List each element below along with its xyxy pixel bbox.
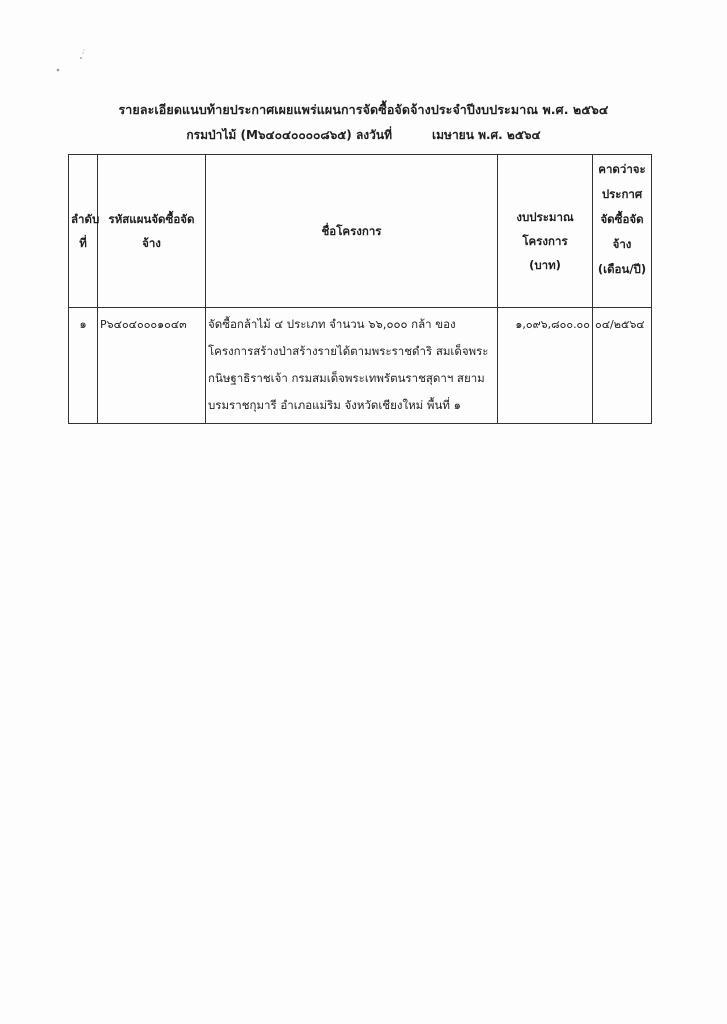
subtitle-department: กรมป่าไม้ (M๖๔๐๔๐๐๐๐๘๖๕) ลงวันที่ <box>186 128 392 142</box>
header-announce-date: คาดว่าจะ ประกาศ จัดซื้อจัด จ้าง (เดือน/ป… <box>593 155 652 308</box>
table-row: ๑ P๖๔๐๔๐๐๐๑๐๔๓ จัดซื้อกล้าไม้ ๔ ประเภท จ… <box>69 308 652 424</box>
procurement-plan-table: ลำดับ ที่ รหัสแผนจัดซื้อจัด จ้าง ชื่อโคร… <box>68 154 652 424</box>
cell-project-name: จัดซื้อกล้าไม้ ๔ ประเภท จำนวน ๖๖,๐๐๐ กล้… <box>206 308 498 424</box>
header-budget: งบประมาณ โครงการ (บาท) <box>498 155 593 308</box>
document-title: รายละเอียดแนบท้ายประกาศเผยแพร่แผนการจัดซ… <box>0 100 727 120</box>
header-no: ลำดับ ที่ <box>69 155 98 308</box>
cell-budget: ๑,๐๙๖,๘๐๐.๐๐ <box>498 308 593 424</box>
cell-no: ๑ <box>69 308 98 424</box>
cell-announce-date: ๐๔/๒๕๖๔ <box>593 308 652 424</box>
document-subtitle: กรมป่าไม้ (M๖๔๐๔๐๐๐๐๘๖๕) ลงวันที่เมษายน … <box>0 126 727 145</box>
header-plan-code: รหัสแผนจัดซื้อจัด จ้าง <box>98 155 206 308</box>
subtitle-date: เมษายน พ.ศ. ๒๕๖๔ <box>432 128 541 142</box>
cell-plan-code: P๖๔๐๔๐๐๐๑๐๔๓ <box>98 308 206 424</box>
header-project-name: ชื่อโครงการ <box>206 155 498 308</box>
table-header-row: ลำดับ ที่ รหัสแผนจัดซื้อจัด จ้าง ชื่อโคร… <box>69 155 652 308</box>
